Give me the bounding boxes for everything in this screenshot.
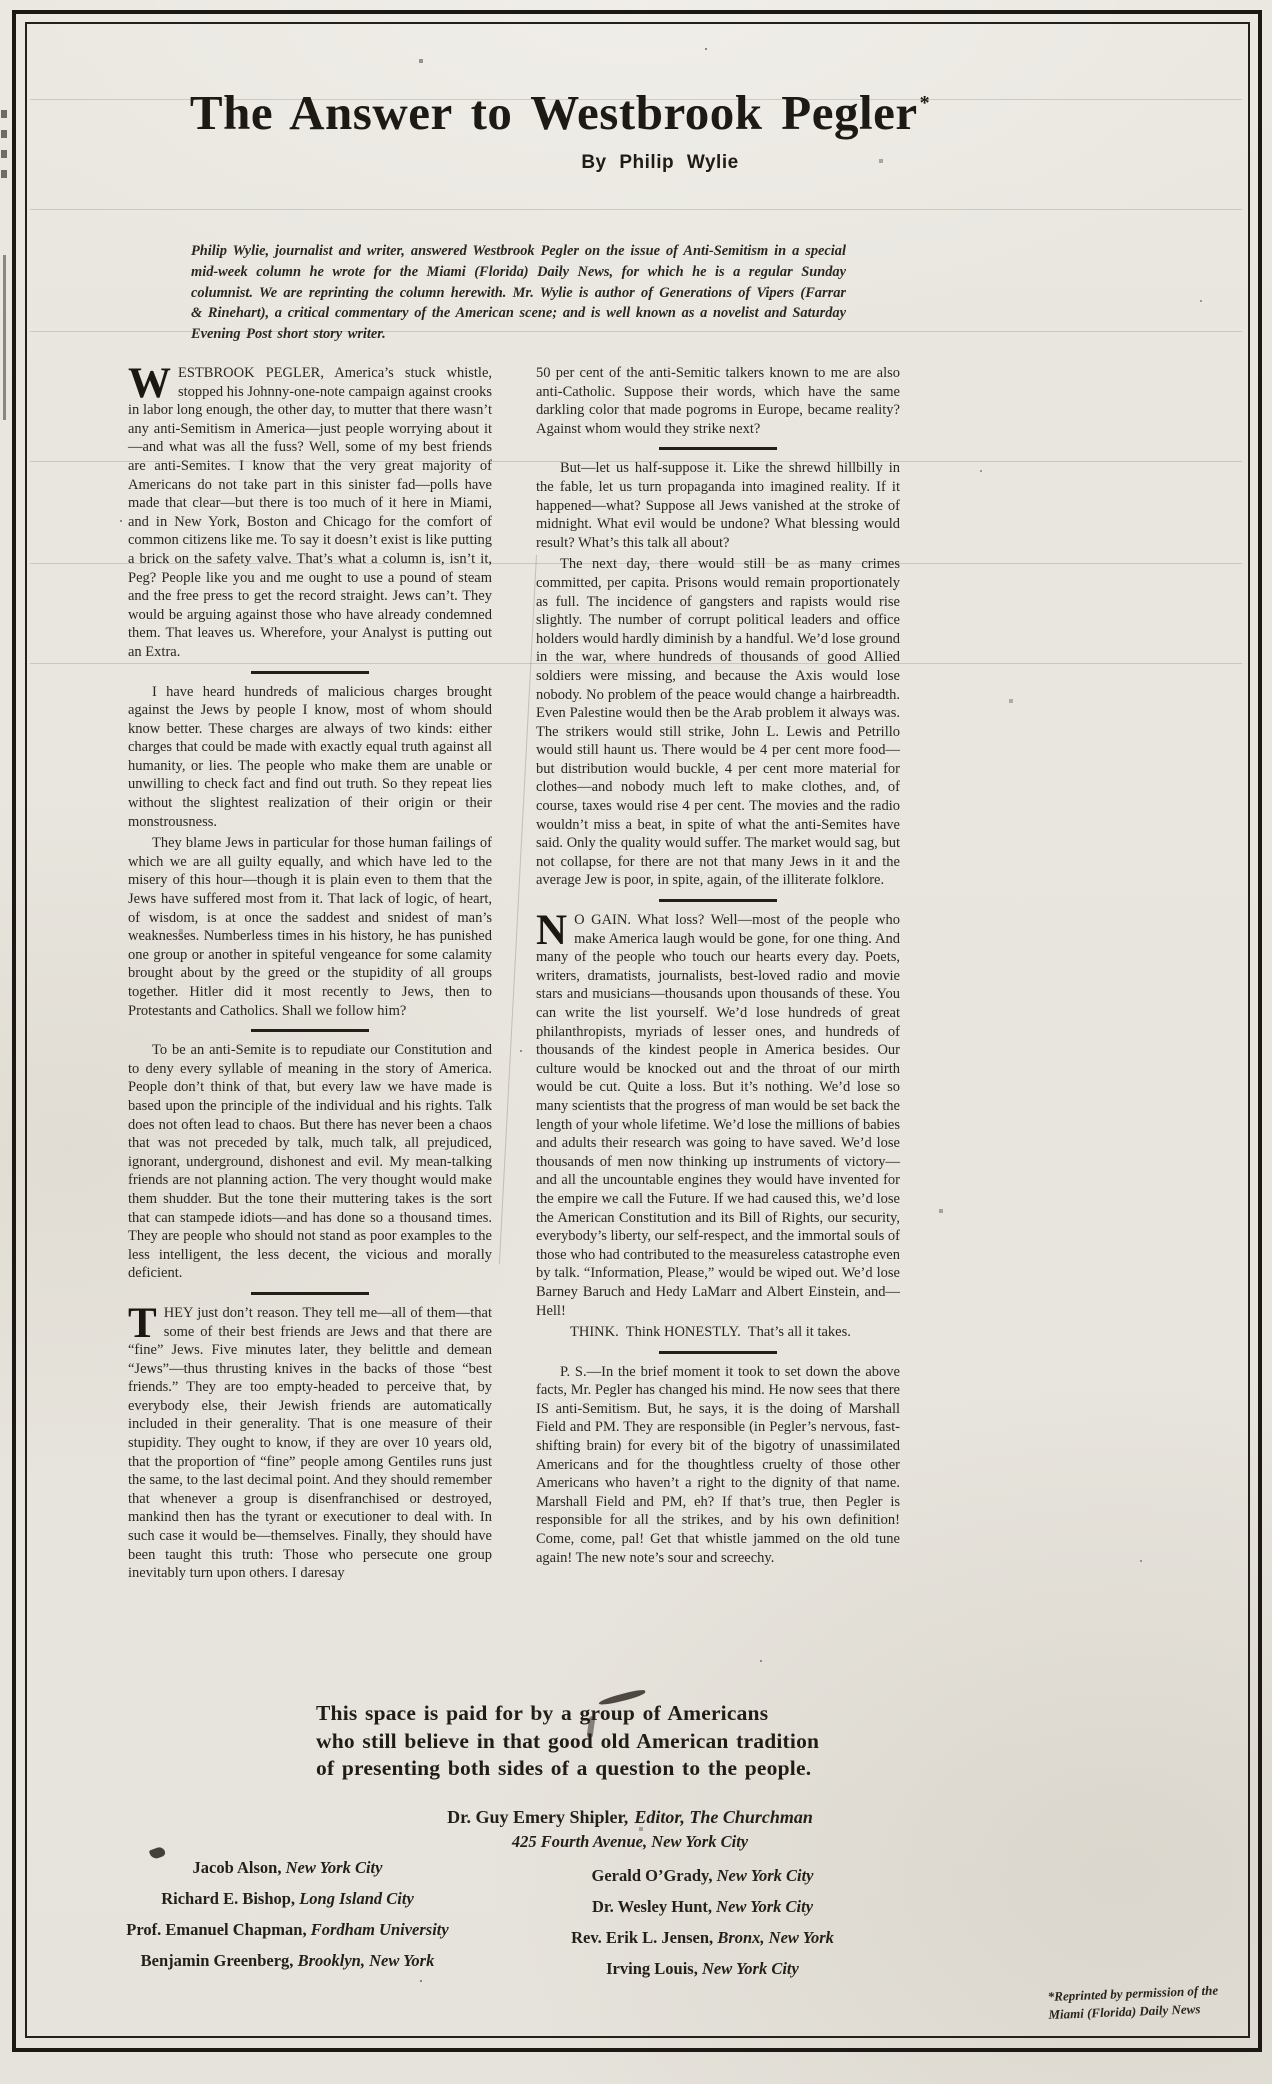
signatory: Richard E. Bishop, Long Island City xyxy=(105,1883,470,1914)
editor-role: Editor, The Churchman xyxy=(634,1807,813,1827)
signatory: Dr. Wesley Hunt, New York City xyxy=(520,1891,885,1922)
signatory-place: New York City xyxy=(717,1866,814,1885)
signatory-place: New York City xyxy=(286,1858,383,1877)
signatory-name: Gerald O’Grady, xyxy=(592,1866,717,1885)
statement-line: who still believe in that good old Ameri… xyxy=(316,1728,840,1756)
paragraph: WESTBROOK PEGLER, America’s stuck whistl… xyxy=(128,364,492,662)
section-divider xyxy=(251,1029,369,1032)
signatory-name: Richard E. Bishop, xyxy=(161,1889,299,1908)
margin-squiggle xyxy=(3,255,6,420)
column-left: WESTBROOK PEGLER, America’s stuck whistl… xyxy=(128,364,492,1583)
editor-block: Dr. Guy Emery Shipler,Editor, The Church… xyxy=(320,1806,940,1853)
editor-address: 425 Fourth Avenue, New York City xyxy=(320,1831,940,1853)
signatory: Irving Louis, New York City xyxy=(520,1953,885,1984)
think-line: THINK. Think HONESTLY. That’s all it tak… xyxy=(536,1323,900,1342)
section-divider xyxy=(251,1292,369,1295)
drop-cap: N xyxy=(536,911,574,947)
signatories-left: Jacob Alson, New York CityRichard E. Bis… xyxy=(105,1852,470,1976)
sponsor-statement: This space is paid for by a group of Ame… xyxy=(316,1700,840,1783)
signatory-place: Brooklyn, New York xyxy=(298,1951,435,1970)
article-title-text: The Answer to Westbrook Pegler xyxy=(190,85,918,140)
signatory-name: Dr. Wesley Hunt, xyxy=(592,1897,716,1916)
statement-line: of presenting both sides of a question t… xyxy=(316,1755,840,1783)
signatory-place: Fordham University xyxy=(311,1920,449,1939)
section-divider xyxy=(659,1351,777,1354)
signatory: Rev. Erik L. Jensen, Bronx, New York xyxy=(520,1922,885,1953)
paragraph: P. S.—In the brief moment it took to set… xyxy=(536,1363,900,1568)
signatory: Jacob Alson, New York City xyxy=(105,1852,470,1883)
signatory-name: Irving Louis, xyxy=(606,1959,702,1978)
paragraph: NO GAIN. What loss? Well—most of the peo… xyxy=(536,911,900,1320)
paragraph: THEY just don’t reason. They tell me—all… xyxy=(128,1304,492,1583)
article-title: The Answer to Westbrook Pegler* xyxy=(110,84,1010,141)
signatory: Gerald O’Grady, New York City xyxy=(520,1860,885,1891)
editors-note: Philip Wylie, journalist and writer, ans… xyxy=(191,241,846,345)
paragraph: 50 per cent of the anti-Semitic talkers … xyxy=(536,364,900,438)
paper-speckles xyxy=(0,0,2,2)
signatory-place: New York City xyxy=(702,1959,799,1978)
title-footnote-mark: * xyxy=(920,92,931,114)
editor-name: Dr. Guy Emery Shipler, xyxy=(447,1807,628,1827)
paragraph: I have heard hundreds of malicious charg… xyxy=(128,683,492,832)
section-divider xyxy=(659,447,777,450)
article-body: WESTBROOK PEGLER, America’s stuck whistl… xyxy=(128,364,900,1583)
column-right: 50 per cent of the anti-Semitic talkers … xyxy=(536,364,900,1583)
byline: By Philip Wylie xyxy=(260,152,1060,174)
signatories-right: Gerald O’Grady, New York CityDr. Wesley … xyxy=(520,1860,885,1984)
signatory-name: Prof. Emanuel Chapman, xyxy=(126,1920,310,1939)
signatory-name: Jacob Alson, xyxy=(193,1858,286,1877)
paragraph: The next day, there would still be as ma… xyxy=(536,555,900,890)
newspaper-page: The Answer to Westbrook Pegler* By Phili… xyxy=(0,0,1272,2084)
section-divider xyxy=(251,671,369,674)
editor-line: Dr. Guy Emery Shipler,Editor, The Church… xyxy=(320,1806,940,1828)
section-divider xyxy=(659,899,777,902)
signatory-place: Long Island City xyxy=(299,1889,414,1908)
scan-line xyxy=(30,209,1242,210)
signatory: Benjamin Greenberg, Brooklyn, New York xyxy=(105,1945,470,1976)
paragraph: They blame Jews in particular for those … xyxy=(128,834,492,1020)
paragraph: But—let us half-suppose it. Like the shr… xyxy=(536,459,900,552)
statement-line: This space is paid for by a group of Ame… xyxy=(316,1700,840,1728)
signatory: Prof. Emanuel Chapman, Fordham Universit… xyxy=(105,1914,470,1945)
signatory-name: Rev. Erik L. Jensen, xyxy=(571,1928,717,1947)
signatory-name: Benjamin Greenberg, xyxy=(141,1951,298,1970)
signatory-place: New York City xyxy=(716,1897,813,1916)
drop-cap: W xyxy=(128,364,178,400)
drop-cap: T xyxy=(128,1304,164,1340)
paragraph: To be an anti-Semite is to repudiate our… xyxy=(128,1041,492,1283)
signatory-place: Bronx, New York xyxy=(717,1928,834,1947)
